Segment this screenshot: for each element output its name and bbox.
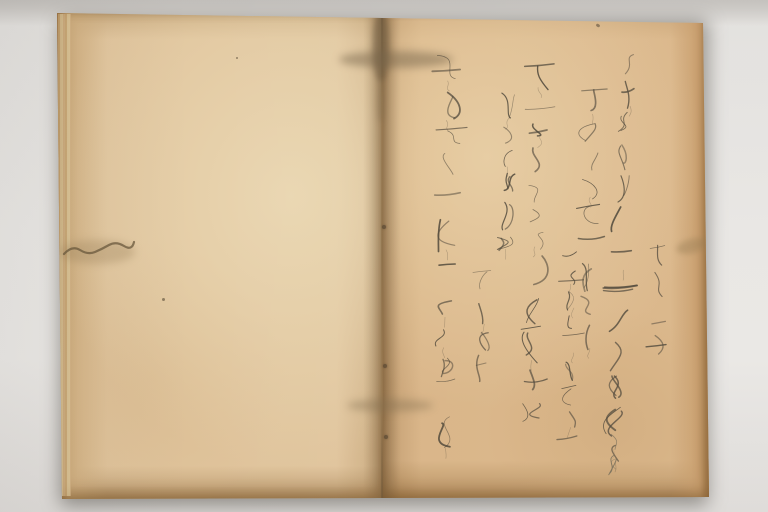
left-page-blank bbox=[55, 10, 382, 500]
binding-stitch-hole bbox=[383, 364, 387, 368]
center-fold-line bbox=[381, 12, 383, 498]
manuscript-photo: 俊恵法師 みよしのゝ むはさりとうり かくれ白雲 …とわやま これ 正治二年百首… bbox=[0, 0, 768, 512]
open-book bbox=[55, 10, 710, 500]
paper-fleck bbox=[162, 298, 165, 301]
right-page-calligraphy bbox=[382, 10, 710, 500]
binding-stitch-hole bbox=[382, 225, 386, 229]
transcript: 俊恵法師 みよしのゝ むはさりとうり かくれ白雲 …とわやま これ 正治二年百首… bbox=[0, 0, 1, 1]
binding-stitch-hole bbox=[384, 435, 388, 439]
paper-fleck bbox=[236, 57, 238, 59]
